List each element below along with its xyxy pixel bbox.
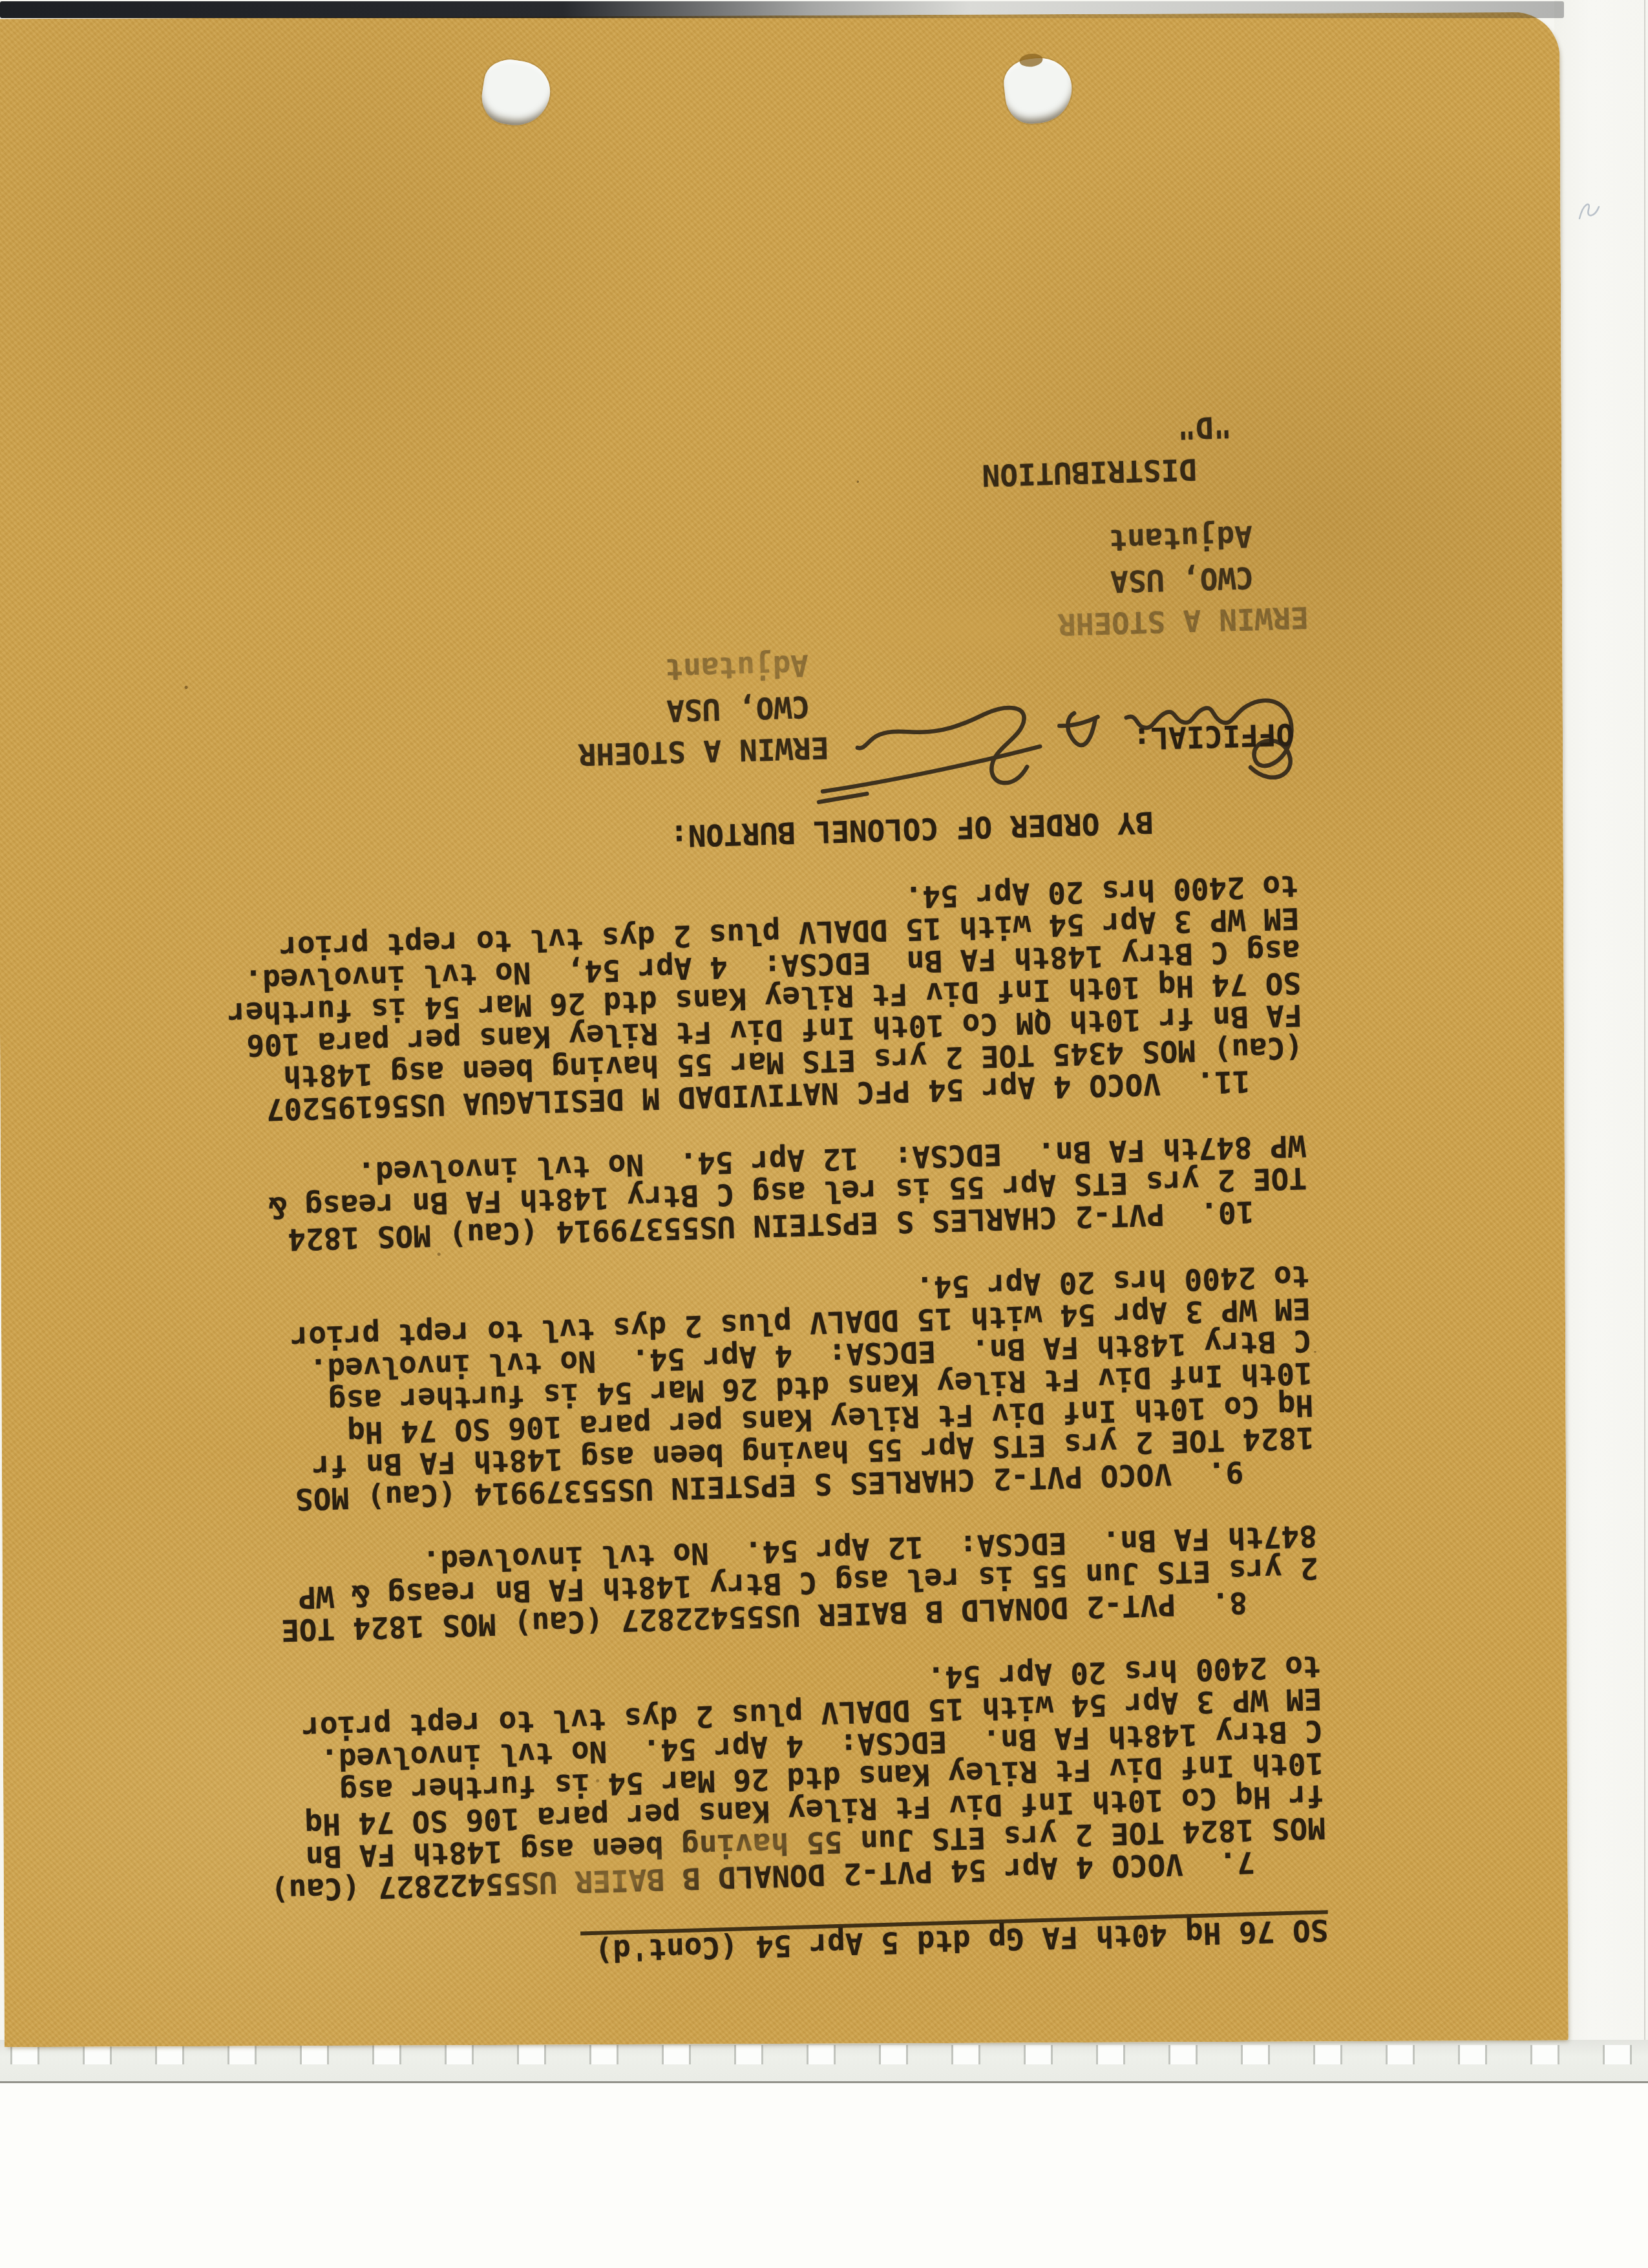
adjutant-rank: CWO, USA — [576, 682, 810, 730]
paragraph-11: 11. VOCO 4 Apr 54 PFC NATIVIDAD M DESILA… — [0, 870, 1304, 1134]
pencil-squiggle — [1577, 193, 1603, 224]
page-header: SO 76 Hq 40th FA Gp dtd 5 Apr 54 (Cont'd… — [580, 1910, 1329, 1967]
document-page: SO 76 Hq 40th FA Gp dtd 5 Apr 54 (Cont'd… — [0, 12, 1569, 2048]
paragraph-7: 7. VOCO 4 Apr 54 PVT-2 DONALD B BAIER US… — [19, 1650, 1327, 1914]
paragraph-8: 8. PVT-2 DONALD B BAIER US55422827 (Cau)… — [15, 1520, 1319, 1654]
paragraph-9: 9. VOCO PVT-2 CHARLES S EPSTEIN US553799… — [7, 1260, 1315, 1524]
paragraph-10: 10. PVT-2 CHARLES S EPSTEIN US55379914 (… — [4, 1130, 1308, 1264]
distribution-block: DISTRIBUTION "D" — [0, 409, 1287, 520]
document-content-rotated: SO 76 Hq 40th FA Gp dtd 5 Apr 54 (Cont'd… — [0, 0, 1593, 2066]
scan-top-shadow — [0, 1, 1564, 18]
official-signature-block: ERWIN A STOEHR CWO, USA Adjutant — [0, 510, 1291, 672]
scanned-document-screenshot: { "page": { "background_color": "#f6f6f1… — [0, 0, 1648, 2268]
signature — [790, 670, 1314, 832]
scan-edge-line — [1644, 0, 1645, 2268]
scanner-background-bottom — [0, 2083, 1648, 2268]
